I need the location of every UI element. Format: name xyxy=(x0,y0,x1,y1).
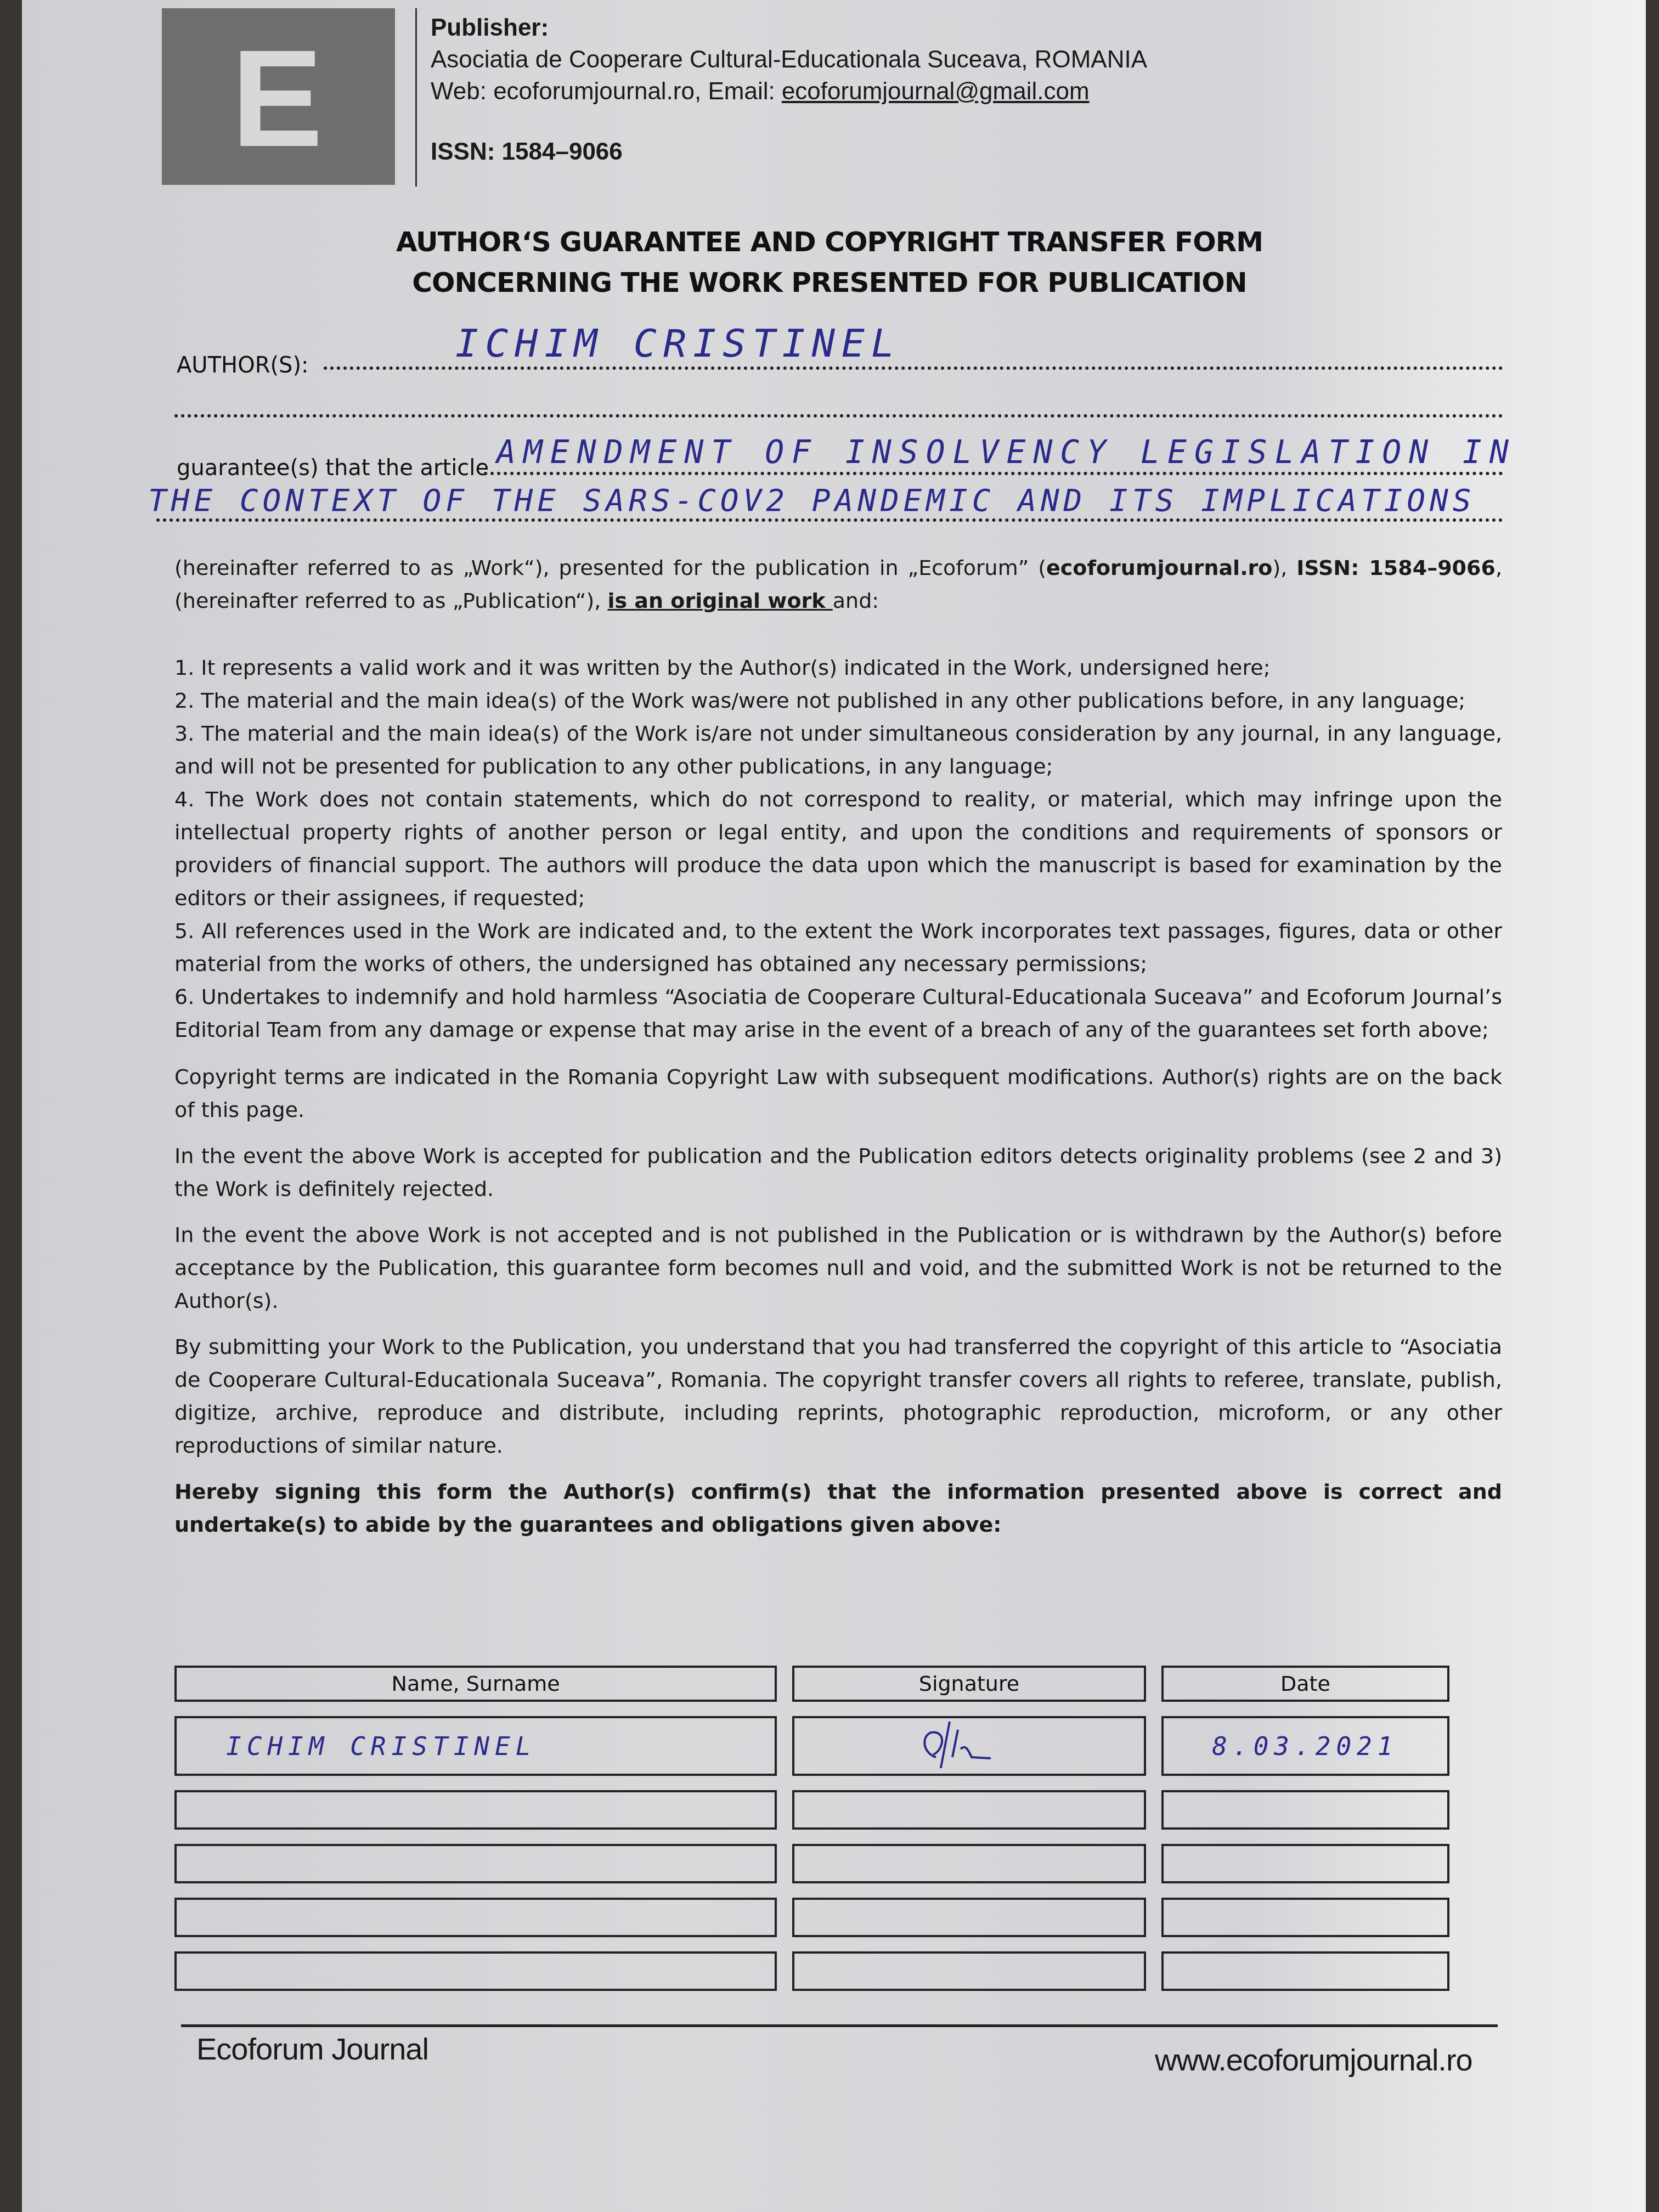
table-row xyxy=(174,1898,1449,1937)
signature-cell[interactable] xyxy=(792,1844,1146,1883)
date-cell[interactable] xyxy=(1161,1898,1449,1937)
transfer-paragraph: By submitting your Work to the Publicati… xyxy=(174,1330,1502,1462)
name-cell[interactable]: ICHIM CRISTINEL xyxy=(174,1716,777,1776)
email-link[interactable]: ecoforumjournal@gmail.com xyxy=(782,78,1090,105)
signature-table: Name, Surname Signature Date ICHIM CRIST… xyxy=(159,1651,1465,2005)
footer-divider xyxy=(181,2024,1498,2027)
date-cell[interactable] xyxy=(1161,1844,1449,1883)
table-row xyxy=(174,1951,1449,1991)
not-accepted-paragraph: In the event the above Work is not accep… xyxy=(174,1218,1502,1317)
date-cell[interactable]: 8.03.2021 xyxy=(1161,1716,1449,1776)
footer-journal-name: Ecoforum Journal xyxy=(196,2031,428,2067)
intro-site: ecoforumjournal.ro xyxy=(1046,556,1272,580)
signature-cell[interactable] xyxy=(792,1951,1146,1991)
signature-cell[interactable] xyxy=(792,1898,1146,1937)
article-line-1 xyxy=(484,472,1503,475)
authors-line-2[interactable] xyxy=(174,414,1503,417)
header-date: Date xyxy=(1161,1666,1449,1702)
guarantee-item: 2. The material and the main idea(s) of … xyxy=(174,684,1502,717)
publisher-name: Asociatia de Cooperare Cultural-Educatio… xyxy=(431,44,1147,76)
header-divider xyxy=(415,8,417,187)
form-title-line1: AUTHOR‘S GUARANTEE AND COPYRIGHT TRANSFE… xyxy=(0,226,1659,258)
footer-website[interactable]: www.ecoforumjournal.ro xyxy=(1155,2042,1472,2078)
header-signature: Signature xyxy=(792,1666,1146,1702)
guarantee-item: 1. It represents a valid work and it was… xyxy=(174,651,1502,684)
table-row: ICHIM CRISTINEL 8.03.2021 xyxy=(174,1716,1449,1776)
publisher-label: Publisher: xyxy=(431,12,1147,44)
guarantee-item: 5. All references used in the Work are i… xyxy=(174,915,1502,980)
publisher-contact: Web: ecoforumjournal.ro, Email: ecoforum… xyxy=(431,76,1147,108)
publisher-block: Publisher: Asociatia de Cooperare Cultur… xyxy=(431,12,1147,108)
article-handwritten-line2[interactable]: THE CONTEXT OF THE SARS-COV2 PANDEMIC AN… xyxy=(148,483,1475,518)
name-cell[interactable] xyxy=(174,1951,777,1991)
web-text: Web: ecoforumjournal.ro, Email: xyxy=(431,78,782,105)
date-cell[interactable] xyxy=(1161,1951,1449,1991)
article-line-2 xyxy=(156,518,1503,522)
confirmation-paragraph: Hereby signing this form the Author(s) c… xyxy=(174,1475,1502,1541)
name-cell[interactable] xyxy=(174,1898,777,1937)
guarantee-item: 3. The material and the main idea(s) of … xyxy=(174,717,1502,783)
guarantee-item: 4. The Work does not contain statements,… xyxy=(174,783,1502,915)
signature-cell[interactable] xyxy=(792,1790,1146,1830)
article-handwritten-line1[interactable]: AMENDMENT OF INSOLVENCY LEGISLATION IN xyxy=(496,433,1516,471)
copyright-paragraph: Copyright terms are indicated in the Rom… xyxy=(174,1060,1502,1126)
table-row xyxy=(174,1844,1449,1883)
date-cell[interactable] xyxy=(1161,1790,1449,1830)
guarantee-list: 1. It represents a valid work and it was… xyxy=(174,651,1502,1046)
article-label: guarantee(s) that the article xyxy=(177,455,489,481)
original-work-emphasis: is an original work xyxy=(607,589,832,613)
authors-label: AUTHOR(S): xyxy=(177,353,309,378)
intro-text: (hereinafter referred to as „Work“), pre… xyxy=(174,556,1046,580)
intro-issn: ISSN: 1584–9066 xyxy=(1296,556,1496,580)
issn: ISSN: 1584–9066 xyxy=(431,138,623,166)
authors-handwritten[interactable]: ICHIM CRISTINEL xyxy=(455,321,901,366)
handwritten-signature-icon xyxy=(898,1719,1040,1768)
form-body: (hereinafter referred to as „Work“), pre… xyxy=(174,551,1502,1554)
intro-paragraph: (hereinafter referred to as „Work“), pre… xyxy=(174,551,1502,617)
name-cell[interactable] xyxy=(174,1790,777,1830)
signature-cell[interactable] xyxy=(792,1716,1146,1776)
name-cell[interactable] xyxy=(174,1844,777,1883)
header-name-surname: Name, Surname xyxy=(174,1666,777,1702)
authors-line xyxy=(324,366,1503,370)
form-title-line2: CONCERNING THE WORK PRESENTED FOR PUBLIC… xyxy=(0,267,1659,298)
logo-letter: E xyxy=(217,41,337,156)
journal-logo: E xyxy=(162,8,395,185)
table-row xyxy=(174,1790,1449,1830)
guarantee-item: 6. Undertakes to indemnify and hold harm… xyxy=(174,980,1502,1046)
intro-text: ), xyxy=(1272,556,1296,580)
table-header-row: Name, Surname Signature Date xyxy=(174,1666,1449,1702)
accepted-paragraph: In the event the above Work is accepted … xyxy=(174,1139,1502,1205)
intro-text: and: xyxy=(833,589,879,613)
